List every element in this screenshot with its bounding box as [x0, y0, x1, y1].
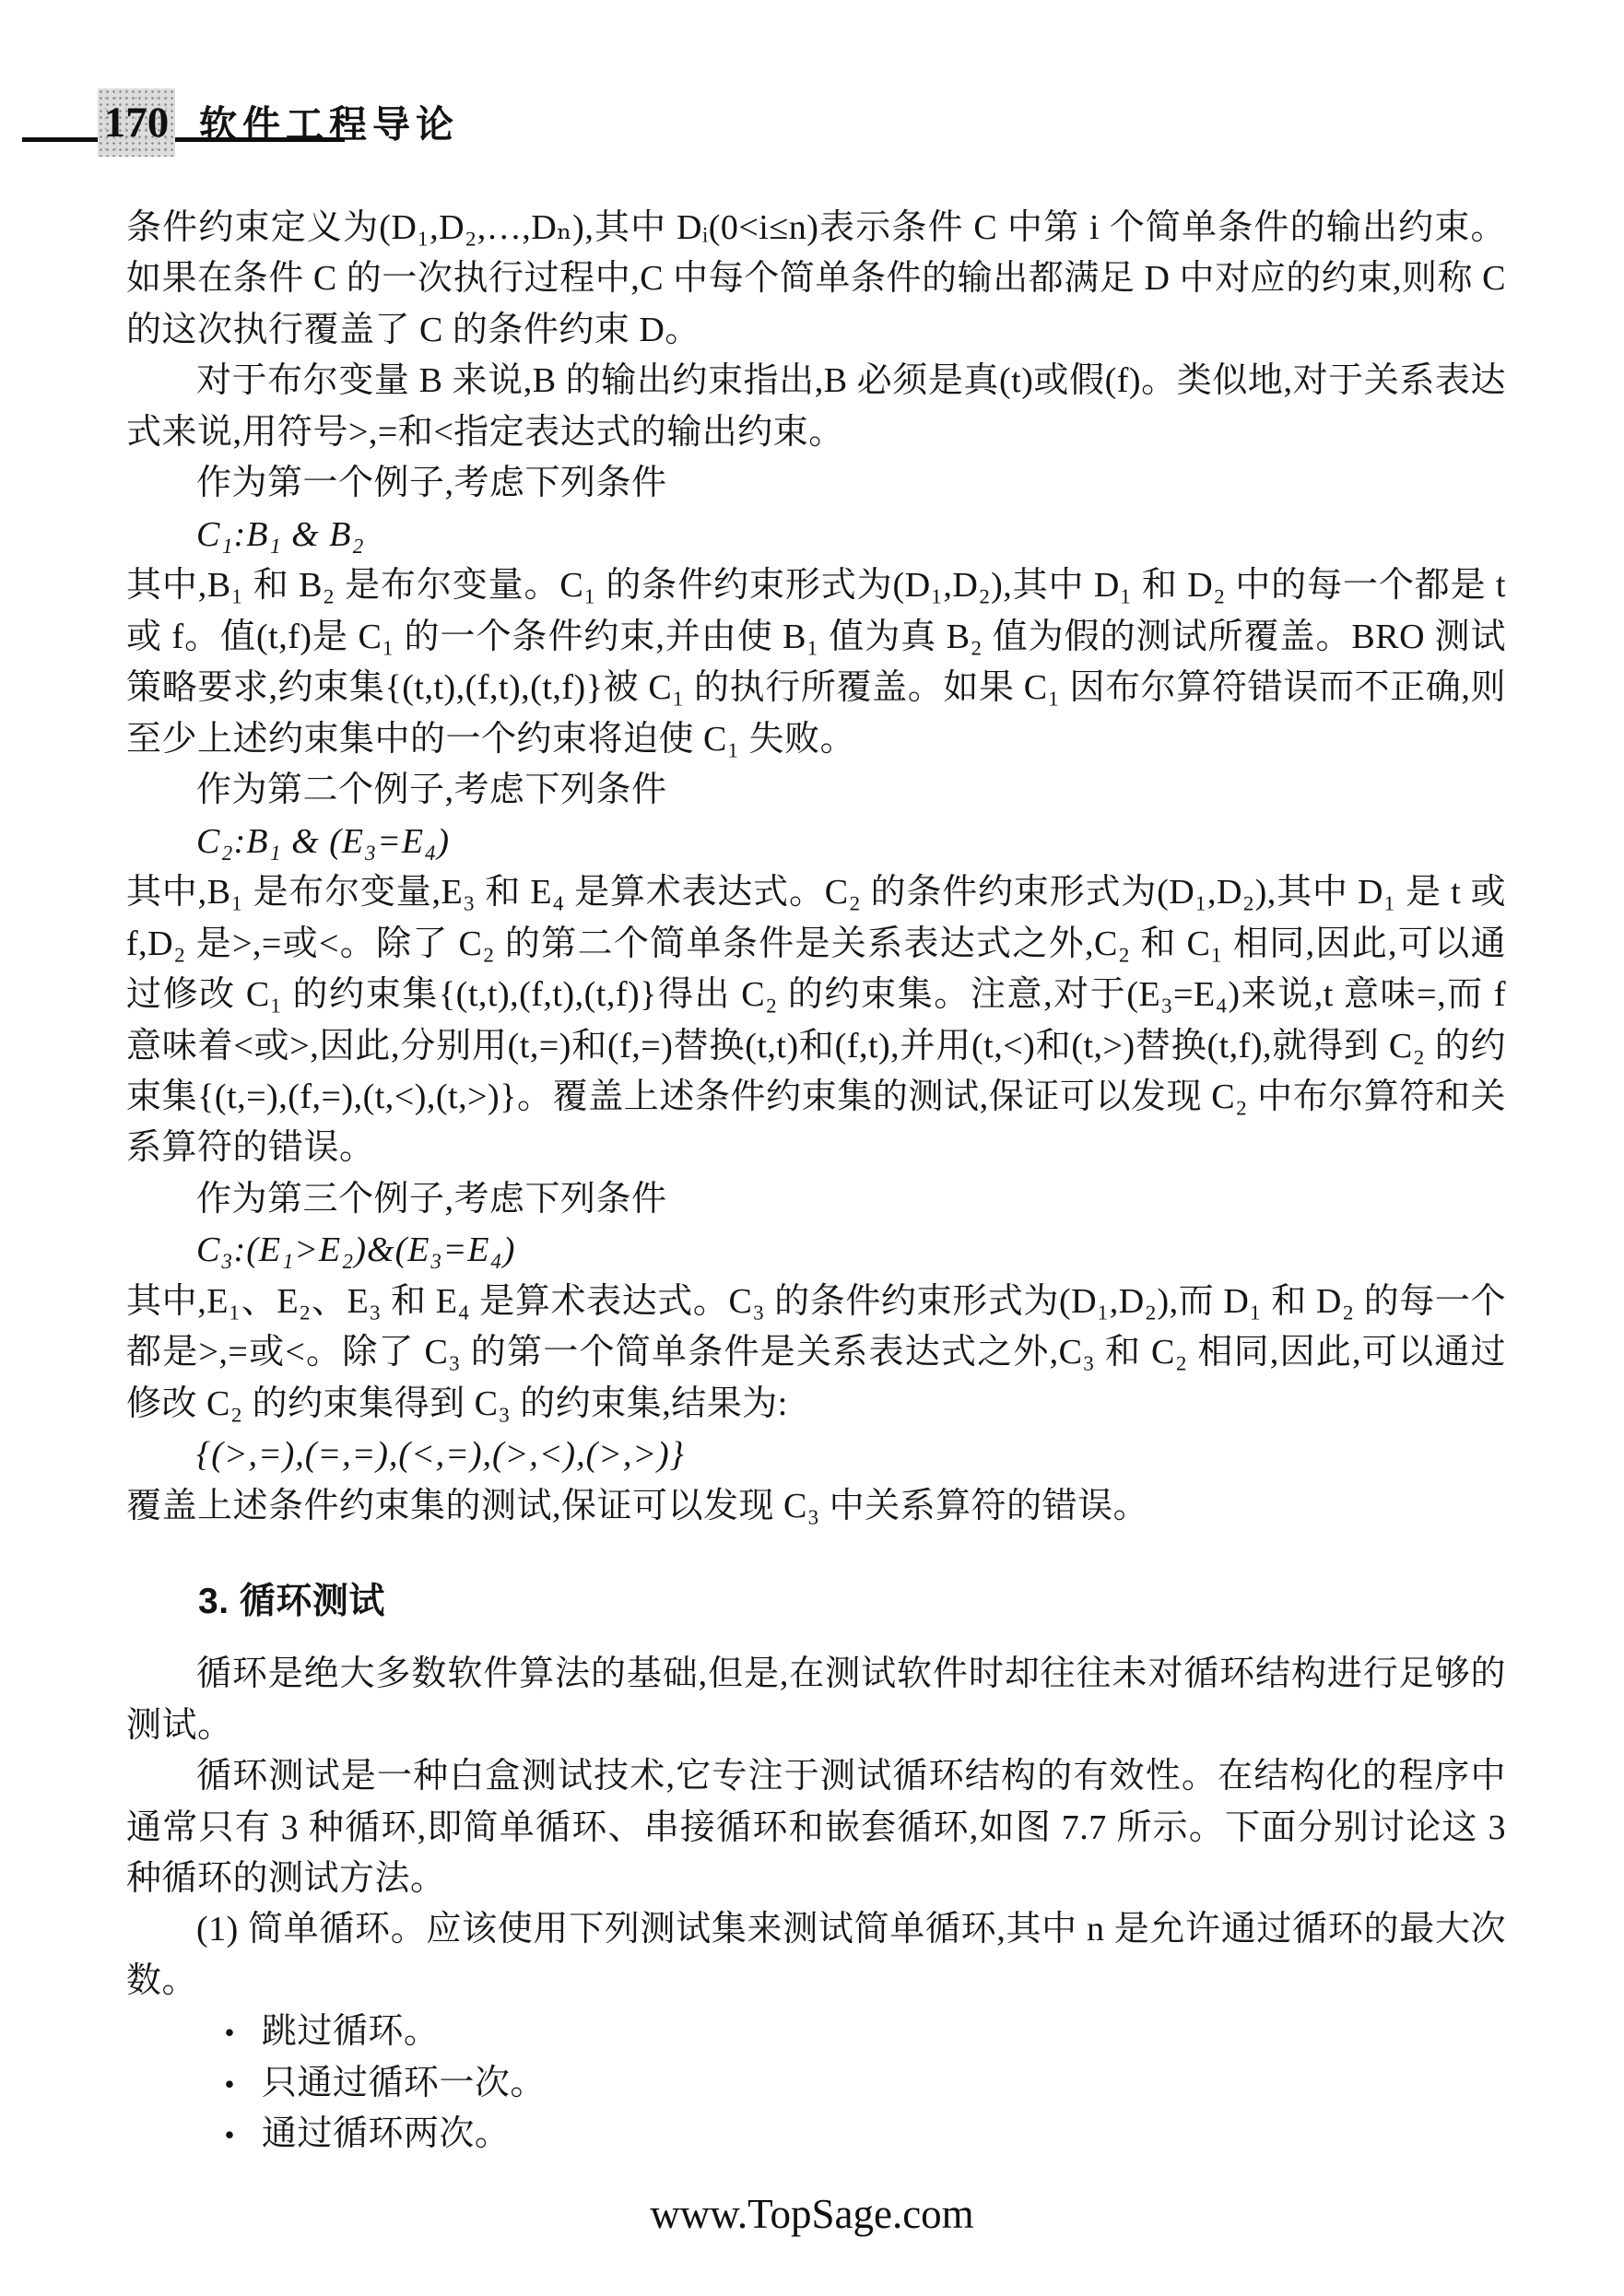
- paragraph-example1-intro: 作为第一个例子,考虑下列条件: [126, 458, 1506, 509]
- formula-c2: C₂:B₁ & (E₃=E₄): [126, 817, 1506, 867]
- paragraph-loops-basis: 循环是绝大多数软件算法的基础,但是,在测试软件时却往往未对循环结构进行足够的测试…: [126, 1649, 1506, 1751]
- paragraph-boolean-variable: 对于布尔变量 B 来说,B 的输出约束指出,B 必须是真(t)或假(f)。类似地…: [126, 356, 1506, 458]
- bullet-icon: •: [224, 2063, 262, 2106]
- page-number-badge: 170: [98, 88, 175, 157]
- running-head-title: 软件工程导论: [199, 94, 459, 148]
- footer-watermark: www.TopSage.com: [0, 2190, 1624, 2238]
- list-item-skip-loop: • 跳过循环。: [126, 2007, 1506, 2057]
- list-item-text: 只通过循环一次。: [262, 2058, 546, 2109]
- list-item-pass-twice: • 通过循环两次。: [126, 2109, 1506, 2160]
- paragraph-condition-constraint-def: 条件约束定义为(D₁,D₂,…,Dₙ),其中 Dᵢ(0<i≤n)表示条件 C 中…: [126, 203, 1506, 356]
- page-body: 条件约束定义为(D₁,D₂,…,Dₙ),其中 Dᵢ(0<i≤n)表示条件 C 中…: [126, 203, 1506, 2161]
- list-item-text: 跳过循环。: [262, 2007, 440, 2057]
- list-item-text: 通过循环两次。: [262, 2109, 511, 2160]
- list-item-pass-once: • 只通过循环一次。: [126, 2058, 1506, 2109]
- formula-c3-constraint-set: {(>,=),(=,=),(<,=),(>,<),(>,>)}: [126, 1430, 1506, 1480]
- paragraph-loop-testing-whitebox: 循环测试是一种白盒测试技术,它专注于测试循环结构的有效性。在结构化的程序中通常只…: [126, 1751, 1506, 1904]
- bullet-icon: •: [224, 2113, 262, 2157]
- paragraph-example3-explain: 其中,E₁、E₂、E₃ 和 E₄ 是算术表达式。C₃ 的条件约束形式为(D₁,D…: [126, 1277, 1506, 1430]
- paragraph-simple-loop: (1) 简单循环。应该使用下列测试集来测试简单循环,其中 n 是允许通过循环的最…: [126, 1904, 1506, 2007]
- paragraph-example3-conclusion: 覆盖上述条件约束集的测试,保证可以发现 C₃ 中关系算符的错误。: [126, 1481, 1506, 1532]
- formula-c1: C₁:B₁ & B₂: [126, 510, 1506, 560]
- paragraph-example2-explain: 其中,B₁ 是布尔变量,E₃ 和 E₄ 是算术表达式。C₂ 的条件约束形式为(D…: [126, 867, 1506, 1174]
- page-number: 170: [104, 98, 170, 147]
- book-page: 170 软件工程导论 条件约束定义为(D₁,D₂,…,Dₙ),其中 Dᵢ(0<i…: [0, 0, 1624, 2296]
- paragraph-example2-intro: 作为第二个例子,考虑下列条件: [126, 765, 1506, 816]
- paragraph-example1-explain: 其中,B₁ 和 B₂ 是布尔变量。C₁ 的条件约束形式为(D₁,D₂),其中 D…: [126, 560, 1506, 765]
- section-heading-loop-testing: 3. 循环测试: [126, 1576, 1506, 1629]
- paragraph-example3-intro: 作为第三个例子,考虑下列条件: [126, 1174, 1506, 1225]
- bullet-icon: •: [224, 2011, 262, 2055]
- formula-c3: C₃:(E₁>E₂)&(E₃=E₄): [126, 1225, 1506, 1276]
